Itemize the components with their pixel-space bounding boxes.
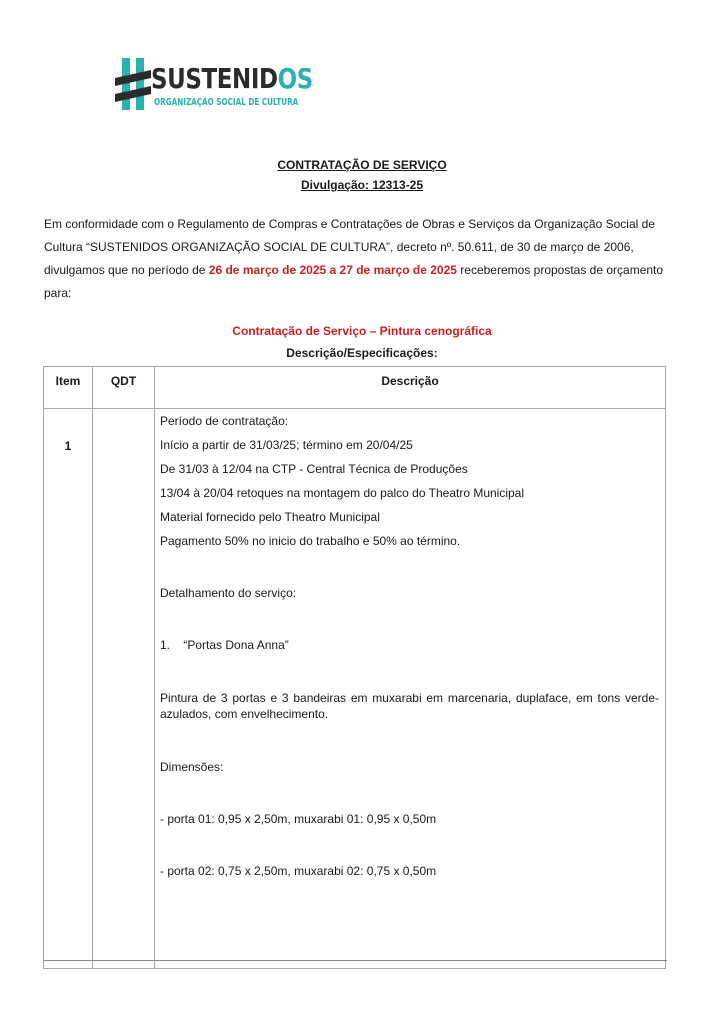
hash-logo-icon — [113, 56, 153, 112]
proposal-period: 26 de março de 2025 a 27 de março de 202… — [209, 263, 457, 277]
desc-line: Início a partir de 31/03/25; término em … — [160, 438, 659, 452]
desc-line: Detalhamento do serviço: — [160, 586, 659, 600]
desc-line: 1. “Portas Dona Anna” — [160, 638, 659, 652]
specifications-heading: Descrição/Especificações: — [0, 346, 724, 360]
column-header-description: Descrição — [155, 367, 666, 409]
column-header-item: Item — [44, 367, 93, 409]
sustenidos-logo: SUSTENIDOS ORGANIZAÇÃO SOCIAL DE CULTURA — [113, 56, 293, 112]
desc-line: Dimensões: — [160, 760, 659, 774]
desc-line: - porta 02: 0,75 x 2,50m, muxarabi 02: 0… — [160, 864, 659, 878]
desc-line: Período de contratação: — [160, 414, 659, 428]
item-description: Período de contratação: Início a partir … — [155, 409, 666, 969]
desc-line: Material fornecido pelo Theatro Municipa… — [160, 510, 659, 524]
desc-line: Pintura de 3 portas e 3 bandeiras em mux… — [160, 690, 659, 722]
logo-wordmark: SUSTENIDOS — [151, 62, 313, 95]
specifications-table: Item QDT Descrição 1 Período de contrata… — [43, 366, 666, 969]
disclosure-number: Divulgação: 12313-25 — [0, 178, 724, 192]
logo-subtitle: ORGANIZAÇÃO SOCIAL DE CULTURA — [154, 97, 298, 108]
desc-line: De 31/03 à 12/04 na CTP - Central Técnic… — [160, 462, 659, 476]
column-header-qdt: QDT — [93, 367, 155, 409]
desc-line: Pagamento 50% no inicio do trabalho e 50… — [160, 534, 659, 548]
item-number: 1 — [44, 409, 93, 969]
intro-paragraph: Em conformidade com o Regulamento de Com… — [44, 213, 684, 305]
item-quantity — [93, 409, 155, 969]
desc-line: - porta 01: 0,95 x 2,50m, muxarabi 01: 0… — [160, 812, 659, 826]
document-title: CONTRATAÇÃO DE SERVIÇO — [0, 158, 724, 172]
table-header-row: Item QDT Descrição — [44, 367, 666, 409]
desc-line: 13/04 à 20/04 retoques na montagem do pa… — [160, 486, 659, 500]
table-row: 1 Período de contratação: Início a parti… — [44, 409, 666, 969]
table-bottom-border — [43, 960, 667, 961]
service-title: Contratação de Serviço – Pintura cenográ… — [0, 324, 724, 338]
